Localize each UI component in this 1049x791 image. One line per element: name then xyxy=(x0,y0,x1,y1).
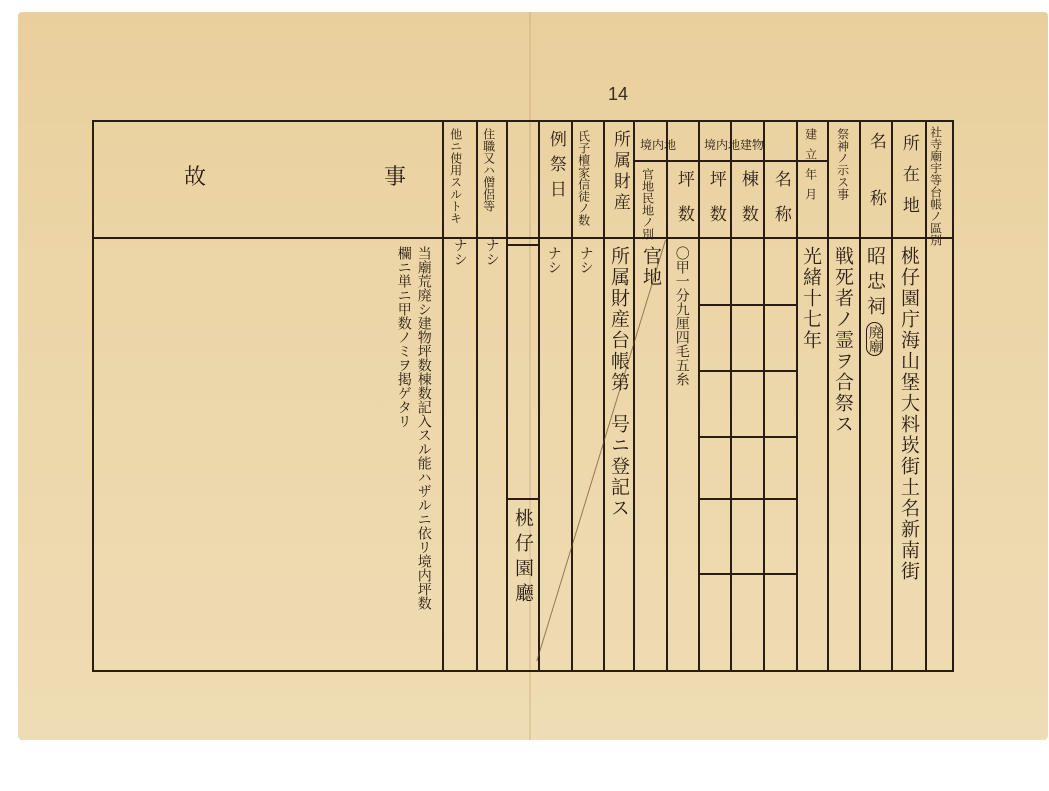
page-number: 14 xyxy=(608,84,628,105)
divider xyxy=(633,122,635,670)
divider xyxy=(603,122,605,670)
header-name: 名称 xyxy=(866,132,884,246)
stamp-line xyxy=(506,244,538,246)
history-line-1: 当廟荒廃シ建物坪数棟数記入スル能ハザルニ依リ境内坪数 xyxy=(416,246,431,610)
divider xyxy=(538,122,540,670)
divider xyxy=(827,122,829,670)
cell-festival: ナシ xyxy=(546,246,561,274)
header-grounds-type: 官地民地ノ別 xyxy=(641,168,654,240)
header-history-right: 事 xyxy=(384,160,406,191)
cell-deity: 戦死者ノ霊ヲ合祭ス xyxy=(832,246,852,435)
header-grounds-group: 境内地 xyxy=(640,136,676,153)
cell-location: 桃仔園庁海山堡大料崁街土名新南街 xyxy=(898,246,918,582)
header-festival: 例祭日 xyxy=(546,130,564,205)
header-building-count: 棟数 xyxy=(738,170,756,240)
divider xyxy=(666,122,668,670)
divider xyxy=(698,122,700,670)
stamp-line xyxy=(506,498,538,500)
cell-believers: ナシ xyxy=(578,246,593,274)
header-category: 社寺廟宇等台帳ノ區別 xyxy=(929,126,942,246)
cell-other-use: ナシ xyxy=(452,238,467,266)
grounds-group-line xyxy=(633,160,698,162)
header-buildings-group: 境内地建物 xyxy=(704,136,764,153)
cell-priest: ナシ xyxy=(484,238,499,266)
header-founded: 建立年月 xyxy=(804,128,817,208)
grid-line xyxy=(698,304,796,306)
cell-property: 所属財産台帳第 号ニ登記ス xyxy=(608,246,628,519)
divider xyxy=(796,122,798,670)
header-other-use: 他ニ使用スルトキ xyxy=(449,128,462,224)
office-stamp: 桃仔園廳 xyxy=(512,508,532,608)
header-believers: 氏子檀家信徒ノ数 xyxy=(577,130,590,226)
divider xyxy=(763,122,765,670)
grid-line xyxy=(698,370,796,372)
divider xyxy=(442,122,444,670)
divider xyxy=(891,122,893,670)
header-grounds-area: 坪数 xyxy=(674,170,692,240)
header-history-left: 故 xyxy=(184,160,206,191)
header-building-area: 坪数 xyxy=(706,170,724,240)
header-building-name: 名称 xyxy=(771,170,789,240)
header-priest: 住職又ハ僧侶等 xyxy=(482,128,495,212)
cell-founded: 光緒十七年 xyxy=(800,246,820,351)
divider xyxy=(506,122,508,670)
header-divider xyxy=(94,237,952,239)
divider xyxy=(730,122,732,670)
header-property: 所属財産 xyxy=(610,130,628,214)
divider xyxy=(571,122,573,670)
divider xyxy=(925,122,927,670)
cell-name-note: 廃廟 xyxy=(866,322,883,356)
header-deity: 祭神ノ示ス事 xyxy=(836,128,849,200)
grid-line xyxy=(698,436,796,438)
cell-grounds-area: 〇甲一分九厘四毛五糸 xyxy=(674,246,689,386)
divider xyxy=(859,122,861,670)
cell-name: 昭忠祠 xyxy=(864,246,884,321)
header-location: 所在地 xyxy=(899,134,917,227)
grid-line xyxy=(698,498,796,500)
grid-line xyxy=(698,573,796,575)
register-table: 社寺廟宇等台帳ノ區別 所在地 名称 祭神ノ示ス事 建立年月 境内地建物 名称 棟… xyxy=(92,120,954,672)
history-line-2: 欄ニ単ニ甲数ノミヲ掲ゲタリ xyxy=(396,246,411,428)
divider xyxy=(476,122,478,670)
